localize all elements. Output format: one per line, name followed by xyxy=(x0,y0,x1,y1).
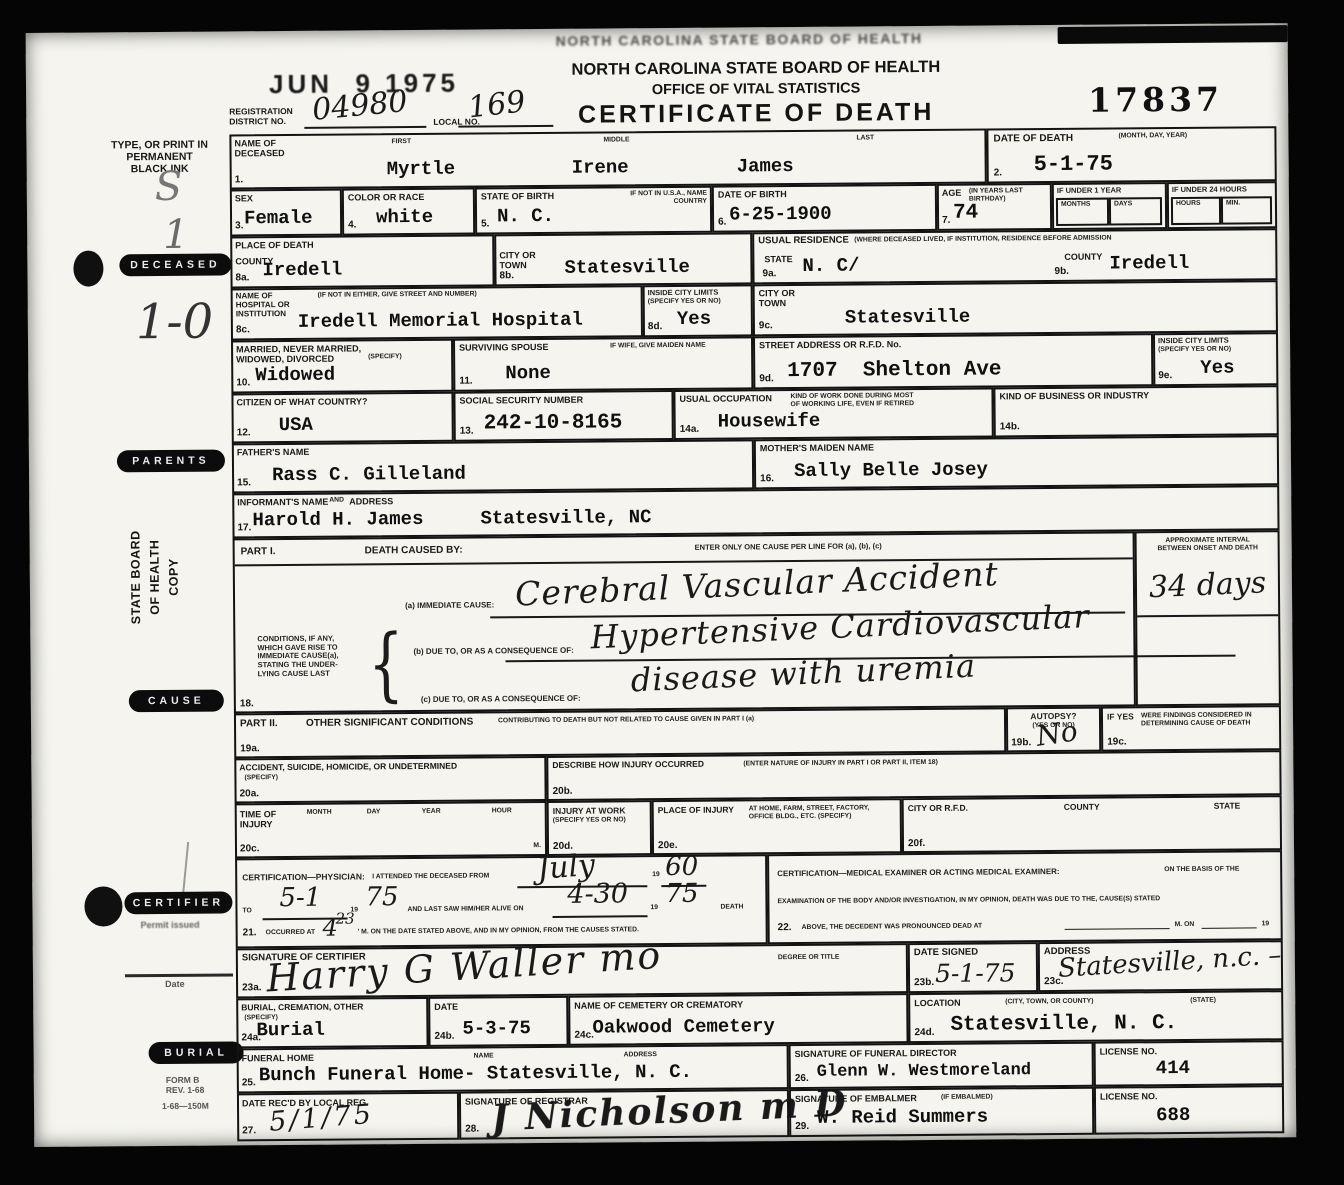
time-label: TIME OF INJURY xyxy=(240,809,277,829)
race-num: 4. xyxy=(348,219,356,230)
sob-sub: IF NOT IN U.S.A., NAME COUNTRY xyxy=(572,190,707,207)
dod-label: DATE OF DEATH xyxy=(993,133,1073,145)
field-certification-physician: CERTIFICATION—PHYSICIAN: I ATTENDED THE … xyxy=(235,854,768,948)
field-usual-residence: USUAL RESIDENCE (WHERE DECEASED LIVED, I… xyxy=(752,228,1277,284)
sex-label: SEX xyxy=(235,193,253,203)
pod-county-value: Iredell xyxy=(262,259,342,282)
field-marital-status: MARRIED, NEVER MARRIED, WIDOWED, DIVORCE… xyxy=(231,339,453,394)
injury-city-num: 20f. xyxy=(908,838,925,849)
industry-label: KIND OF BUSINESS OR INDUSTRY xyxy=(999,390,1149,401)
field-registrar-signature: SIGNATURE OF REGISTRAR 28. J Nicholson m… xyxy=(459,1089,789,1140)
sex-num: 3. xyxy=(235,220,243,231)
u24-min-label: MIN. xyxy=(1226,200,1240,208)
funeral-address-sub: ADDRESS xyxy=(624,1051,657,1059)
sob-num: 5. xyxy=(481,218,489,229)
burial-date-num: 24b. xyxy=(434,1031,454,1042)
field-residence-city-limits: INSIDE CITY LIMITS (SPECIFY YES OR NO) 9… xyxy=(1153,332,1278,386)
due-c-label: (c) DUE TO, OR AS A CONSEQUENCE OF: xyxy=(421,694,581,704)
street-value: 1707 Shelton Ave xyxy=(787,358,1001,383)
funeral-home-label: FUNERAL HOME xyxy=(242,1053,314,1064)
form-code: FORM B REV. 1-68 xyxy=(166,1076,205,1095)
u24-min-box: MIN. xyxy=(1221,196,1272,224)
pron-line1 xyxy=(1065,928,1170,930)
burial-date-value: 5-3-75 xyxy=(462,1017,531,1040)
ssn-num: 13. xyxy=(460,426,474,437)
residence-city-num: 9c. xyxy=(759,320,773,331)
pod-city-value: Statesville xyxy=(564,256,690,279)
phys-t2: AND LAST SAW HIM/HER ALIVE ON xyxy=(407,905,523,914)
recd-value: 5/1/75 xyxy=(268,1099,375,1138)
marital-value: Widowed xyxy=(255,364,335,387)
u24-hours-label: HOURS xyxy=(1176,200,1201,208)
mother-label: MOTHER'S MAIDEN NAME xyxy=(760,442,874,453)
field-cause-of-death: PART I. DEATH CAUSED BY: ENTER ONLY ONE … xyxy=(233,531,1136,713)
residence-state-num: 9a. xyxy=(762,268,776,279)
field-surviving-spouse: SURVIVING SPOUSE IF WIFE, GIVE MAIDEN NA… xyxy=(453,336,753,391)
part2-title: OTHER SIGNIFICANT CONDITIONS xyxy=(306,717,473,730)
residence-state-label: STATE xyxy=(764,254,792,264)
marital-sub: (SPECIFY) xyxy=(368,353,402,361)
field-director-license: LICENSE NO. 414 xyxy=(1094,1040,1284,1086)
informant-and: AND xyxy=(329,497,344,505)
res-limits-sub: (SPECIFY YES OR NO) xyxy=(1158,346,1231,354)
field-part2-conditions: PART II. OTHER SIGNIFICANT CONDITIONS CO… xyxy=(234,707,1006,758)
dob-num: 6. xyxy=(718,217,726,228)
from-year: 60 xyxy=(665,852,698,882)
residence-header: USUAL RESIDENCE xyxy=(758,236,849,247)
burial-type-label: BURIAL, CREMATION, OTHER xyxy=(241,1002,363,1012)
cemetery-num: 24c. xyxy=(574,1030,594,1041)
field-state-of-birth: STATE OF BIRTH IF NOT IN U.S.A., NAME CO… xyxy=(475,186,712,235)
field-date-of-death: DATE OF DEATH (MONTH, DAY, YEAR) 2. 5-1-… xyxy=(986,126,1276,183)
date-signed-num: 23b. xyxy=(914,977,934,988)
occupation-num: 14a. xyxy=(680,424,700,435)
u1y-months-label: MONTHS xyxy=(1061,201,1091,209)
field-citizen: CITIZEN OF WHAT COUNTRY? 12. USA xyxy=(231,392,453,444)
recd-num: 27. xyxy=(242,1125,256,1136)
pron-num: 22. xyxy=(778,922,792,933)
section-tab-cause: CAUSE xyxy=(129,690,224,713)
col-last: LAST xyxy=(856,134,874,142)
cemetery-value: Oakwood Cemetery xyxy=(592,1015,775,1038)
seen-value: 4-30 xyxy=(567,878,628,909)
license-label: LICENSE NO. xyxy=(1100,1046,1158,1057)
place-label: PLACE OF INJURY xyxy=(658,806,734,816)
burial-date-label: DATE xyxy=(434,1002,458,1012)
field-father-name: FATHER'S NAME 15. Rass C. Gilleland xyxy=(232,439,754,493)
ssn-label: SOCIAL SECURITY NUMBER xyxy=(459,395,583,406)
pod-city-num: 8b. xyxy=(499,270,514,281)
residence-city-value: Statesville xyxy=(845,306,971,329)
u1y-days-box: DAYS xyxy=(1109,197,1162,225)
pod-city-label: CITY OR TOWN xyxy=(499,250,536,270)
margin-mark-10: 1-0 xyxy=(136,294,214,351)
u1y-months-box: MONTHS xyxy=(1056,198,1109,226)
pron-line2 xyxy=(1202,927,1257,928)
seen-year: 75 xyxy=(665,879,698,909)
field-if-under-24-hours: IF UNDER 24 HOURS HOURS MIN. xyxy=(1167,181,1277,229)
certifier-num: 23a. xyxy=(242,982,262,993)
field-burial-location: LOCATION (CITY, TOWN, OR COUNTY) (STATE)… xyxy=(908,990,1283,1043)
occ-num: 21. xyxy=(243,927,257,938)
pod-limits-value: Yes xyxy=(677,308,711,330)
age-label: AGE xyxy=(942,188,962,198)
name-num: 1. xyxy=(235,174,243,185)
residence-state-value: N. C/ xyxy=(802,255,859,277)
cemetery-label: NAME OF CEMETERY OR CREMATORY xyxy=(574,999,743,1010)
director-num: 26. xyxy=(795,1073,809,1084)
accident-label: ACCIDENT, SUICIDE, HOMICIDE, OR UNDETERM… xyxy=(239,762,457,773)
interval-value: 34 days xyxy=(1148,565,1267,605)
place-num: 20e. xyxy=(658,840,678,851)
registrar-num: 28. xyxy=(465,1124,479,1135)
funeral-name-sub: NAME xyxy=(474,1052,494,1060)
y19a: 19 xyxy=(652,871,660,879)
findings-sub: WERE FINDINGS CONSIDERED IN DETERMINING … xyxy=(1141,711,1252,727)
age-value: 74 xyxy=(953,202,978,225)
col-first: FIRST xyxy=(391,138,411,146)
interval-label: APPROXIMATE INTERVAL BETWEEN ONSET AND D… xyxy=(1143,536,1273,553)
hospital-num: 8c. xyxy=(236,324,250,335)
work-label: INJURY AT WORK xyxy=(553,806,626,816)
director-label: SIGNATURE OF FUNERAL DIRECTOR xyxy=(795,1048,957,1059)
u1y-days-label: DAYS xyxy=(1114,200,1132,208)
marital-num: 10. xyxy=(236,377,250,388)
scanned-death-certificate: NORTH CAROLINA STATE BOARD OF HEALTH JUN… xyxy=(0,0,1344,1185)
field-sex: SEX 3. Female xyxy=(230,189,342,237)
field-name-of-deceased: NAME OF DECEASED FIRST MIDDLE LAST 1. My… xyxy=(229,129,986,190)
field-burial-date: DATE 24b. 5-3-75 xyxy=(428,996,568,1047)
describe-num: 20b. xyxy=(553,786,573,797)
field-date-signed: DATE SIGNED 23b. 5-1-75 xyxy=(908,942,1038,993)
mother-num: 16. xyxy=(760,473,774,484)
col-middle: MIDDLE xyxy=(603,136,629,144)
director-value: Glenn W. Westmoreland xyxy=(817,1061,1031,1082)
embalmer-license-value: 688 xyxy=(1156,1104,1190,1126)
due-b-label: (b) DUE TO, OR AS A CONSEQUENCE OF: xyxy=(413,646,573,656)
to-year: 75 xyxy=(365,882,398,912)
pron-t3: 19 xyxy=(1262,921,1270,929)
father-label: FATHER'S NAME xyxy=(237,447,310,458)
age-num: 7. xyxy=(942,215,950,226)
ssn-value: 242-10-8165 xyxy=(484,411,623,435)
pron-t2: M. ON xyxy=(1175,921,1195,929)
bleed-black-bar xyxy=(1058,25,1288,44)
address-value: Statesville, n.c. – xyxy=(1057,940,1282,983)
place-sub: AT HOME, FARM, STREET, FACTORY, OFFICE B… xyxy=(749,804,870,821)
findings-num: 19c. xyxy=(1107,736,1127,747)
dob-label: DATE OF BIRTH xyxy=(718,189,787,200)
describe-label: DESCRIBE HOW INJURY OCCURRED xyxy=(552,760,704,771)
spouse-value: None xyxy=(505,362,551,384)
residence-city-label: CITY OR TOWN xyxy=(759,288,796,308)
me-t2: EXAMINATION OF THE BODY AND/OR INVESTIGA… xyxy=(777,895,1160,906)
field-funeral-home: FUNERAL HOME NAME ADDRESS 25. Bunch Fune… xyxy=(237,1044,789,1093)
autopsy-num: 19b. xyxy=(1011,737,1031,748)
field-embalmer-signature: SIGNATURE OF EMBALMER (IF EMBALMED) 29. … xyxy=(789,1087,1094,1137)
marital-label: MARRIED, NEVER MARRIED, WIDOWED, DIVORCE… xyxy=(236,343,361,364)
field-signature-certifier: SIGNATURE OF CERTIFIER DEGREE OR TITLE 2… xyxy=(236,943,908,998)
m-label: M. xyxy=(533,842,541,850)
pron-t1: ABOVE, THE DECEDENT WAS PRONOUNCED DEAD … xyxy=(802,923,983,932)
reg-district-label: REGISTRATION DISTRICT NO. xyxy=(229,107,293,127)
field-pod-city-limits: INSIDE CITY LIMITS (SPECIFY YES OR NO) 8… xyxy=(643,284,753,337)
scan-sheet: NORTH CAROLINA STATE BOARD OF HEALTH JUN… xyxy=(0,0,1344,1185)
pod-header: PLACE OF DEATH xyxy=(235,240,313,251)
director-license-value: 414 xyxy=(1156,1057,1190,1079)
field-time-of-injury: TIME OF INJURY MONTH DAY YEAR HOUR 20c. … xyxy=(235,801,547,858)
location-value: Statesville, N. C. xyxy=(950,1012,1177,1037)
street-label: STREET ADDRESS OR R.F.D. No. xyxy=(759,339,901,350)
part2-sub: CONTRIBUTING TO DEATH BUT NOT RELATED TO… xyxy=(498,715,754,725)
part2-num: 19a. xyxy=(240,743,260,754)
spouse-num: 11. xyxy=(459,376,472,387)
u1y-label: IF UNDER 1 YEAR xyxy=(1057,186,1122,195)
section-tab-burial: BURIAL xyxy=(149,1041,244,1064)
burial-type-value: Burial xyxy=(256,1019,325,1042)
hospital-value: Iredell Memorial Hospital xyxy=(298,309,583,333)
field-street-address: STREET ADDRESS OR R.F.D. No. 9d. 1707 Sh… xyxy=(753,333,1153,389)
certificate-number: 17837 xyxy=(1088,80,1223,120)
field-pod-city: CITY OR TOWN 8b. Statesville xyxy=(494,232,752,286)
field-burial-type: BURIAL, CREMATION, OTHER (SPECIFY) 24a. … xyxy=(236,997,428,1049)
accident-sub: (SPECIFY) xyxy=(244,774,278,782)
embalmer-sub: (IF EMBALMED) xyxy=(941,1093,993,1101)
location-sub1: (CITY, TOWN, OR COUNTY) xyxy=(1005,998,1093,1007)
hospital-label: NAME OF HOSPITAL OR INSTITUTION xyxy=(236,292,290,319)
field-ssn: SOCIAL SECURITY NUMBER 13. 242-10-8165 xyxy=(453,390,673,442)
conditions-brace: { xyxy=(368,617,404,710)
dod-num: 2. xyxy=(994,167,1002,178)
field-age: AGE (IN YEARS LAST BIRTHDAY) 7. 74 xyxy=(937,183,1052,231)
embalmer-value: W. Reid Summers xyxy=(817,1106,988,1129)
part1-label: PART I. xyxy=(241,546,276,557)
name-label: NAME OF DECEASED xyxy=(234,138,284,159)
father-num: 15. xyxy=(237,477,251,488)
res-limits-label: INSIDE CITY LIMITS xyxy=(1158,337,1229,346)
margin-mark-1: 1 xyxy=(163,212,189,258)
funeral-home-num: 25. xyxy=(242,1077,256,1088)
father-value: Rass C. Gilleland xyxy=(272,463,466,487)
citizen-label: CITIZEN OF WHAT COUNTRY? xyxy=(236,396,367,407)
due-c-value: disease with uremia xyxy=(630,647,977,700)
dod-value: 5-1-75 xyxy=(1034,152,1113,178)
section-tab-deceased: DECEASED xyxy=(119,253,231,276)
location-label: LOCATION xyxy=(914,998,960,1008)
field-autopsy: AUTOPSY? (YES OR NO) 19b. No xyxy=(1006,707,1101,753)
informant-value: Harold H. James Statesville, NC xyxy=(252,506,651,531)
spouse-label: SURVIVING SPOUSE xyxy=(459,342,548,353)
work-sub: (SPECIFY YES OR NO) xyxy=(553,816,626,824)
day-label: DAY xyxy=(367,808,381,816)
race-label: COLOR OR RACE xyxy=(348,192,425,203)
autopsy-value: No xyxy=(1034,714,1080,753)
date-signed-label: DATE SIGNED xyxy=(914,948,978,959)
year-label: YEAR xyxy=(422,808,441,816)
field-accident-type: ACCIDENT, SUICIDE, HOMICIDE, OR UNDETERM… xyxy=(234,756,546,803)
field-if-under-1-year: IF UNDER 1 YEAR MONTHS DAYS xyxy=(1052,182,1167,230)
immediate-cause-label: (a) IMMEDIATE CAUSE: xyxy=(405,600,494,610)
field-interval: APPROXIMATE INTERVAL BETWEEN ONSET AND D… xyxy=(1135,530,1281,706)
permit-issued-label: Permit issued xyxy=(141,920,200,930)
citizen-value: USA xyxy=(279,414,313,436)
field-residence-city: CITY OR TOWN 9c. Statesville xyxy=(753,280,1278,336)
field-date-of-birth: DATE OF BIRTH 6. 6-25-1900 xyxy=(712,184,937,233)
residence-county-value: Iredell xyxy=(1109,252,1189,275)
field-place-of-injury: PLACE OF INJURY AT HOME, FARM, STREET, F… xyxy=(652,798,902,855)
caused-by-label: DEATH CAUSED BY: xyxy=(365,545,463,557)
location-num: 24d. xyxy=(914,1027,934,1038)
residence-header-sub: (WHERE DECEASED LIVED, IF INSTITUTION, R… xyxy=(854,235,1111,245)
injury-city-label: CITY OR R.F.D. xyxy=(908,804,968,814)
pod-limits-num: 8d. xyxy=(648,321,663,332)
death-word: DEATH xyxy=(720,903,743,911)
hole-punch-top xyxy=(73,250,103,286)
u24-hours-box: HOURS xyxy=(1171,197,1221,225)
informant-address-label: ADDRESS xyxy=(349,496,393,506)
u24-label: IF UNDER 24 HOURS xyxy=(1172,185,1247,194)
to-label: TO xyxy=(242,907,251,915)
pod-limits-sub: (SPECIFY YES OR NO) xyxy=(648,298,721,306)
field-certifier-address: ADDRESS 23c. Statesville, n.c. – xyxy=(1038,940,1283,992)
spouse-sub: IF WIFE, GIVE MAIDEN NAME xyxy=(610,342,706,351)
funeral-home-value: Bunch Funeral Home- Statesville, N. C. xyxy=(259,1061,692,1086)
license2-label: LICENSE NO. xyxy=(1100,1091,1158,1102)
citizen-num: 12. xyxy=(237,427,251,438)
occ-time-sup: 23 xyxy=(335,910,354,928)
mother-value: Sally Belle Josey xyxy=(794,459,988,483)
seen-line xyxy=(553,915,648,918)
section-tab-certifier: CERTIFIER xyxy=(124,891,232,914)
sob-value: N. C. xyxy=(497,205,554,227)
street-num: 9d. xyxy=(759,373,774,384)
res-limits-value: Yes xyxy=(1200,357,1234,379)
conditions-note: CONDITIONS, IF ANY, WHICH GAVE RISE TO I… xyxy=(257,635,338,679)
date-signed-value: 5-1-75 xyxy=(935,958,1016,988)
embalmer-label: SIGNATURE OF EMBALMER xyxy=(795,1093,917,1104)
me-title: CERTIFICATION—MEDICAL EXAMINER OR ACTING… xyxy=(777,867,1059,878)
cause-num: 18. xyxy=(240,698,254,709)
occupation-sub: KIND OF WORK DONE DURING MOST OF WORKING… xyxy=(790,392,914,409)
occupation-label: USUAL OCCUPATION xyxy=(679,393,772,404)
field-occupation: USUAL OCCUPATION KIND OF WORK DONE DURIN… xyxy=(673,387,993,440)
hospital-sub: (IF NOT IN EITHER, GIVE STREET AND NUMBE… xyxy=(318,291,477,300)
sob-label: STATE OF BIRTH xyxy=(481,191,554,202)
print-run: 1-68—150M xyxy=(162,1102,209,1112)
industry-num: 14b. xyxy=(1000,421,1020,432)
name-first: Myrtle xyxy=(387,158,456,181)
accident-num: 20a. xyxy=(240,788,260,799)
location-sub2: (STATE) xyxy=(1190,997,1216,1005)
field-date-received: DATE REC'D BY LOCAL REG. 27. 5/1/75 xyxy=(237,1092,459,1142)
hour-label: HOUR xyxy=(492,807,512,815)
sex-value: Female xyxy=(244,207,313,230)
informant-label: INFORMANT'S NAME xyxy=(237,497,328,508)
occupation-value: Housewife xyxy=(718,410,821,433)
header-board: NORTH CAROLINA STATE BOARD OF HEALTH xyxy=(496,57,1016,80)
findings-label: IF YES xyxy=(1107,712,1134,722)
name-last: James xyxy=(737,155,794,177)
margin-mark-s: S xyxy=(155,164,183,210)
phys-t1: I ATTENDED THE DECEASED FROM xyxy=(372,872,489,881)
to-value: 5-1 xyxy=(279,883,321,913)
field-injury-city: CITY OR R.F.D. COUNTY STATE 20f. xyxy=(902,795,1282,853)
name-middle: Irene xyxy=(572,156,629,178)
degree-label: DEGREE OR TITLE xyxy=(778,954,840,962)
residence-county-label: COUNTY xyxy=(1064,252,1102,262)
document-title: CERTIFICATE OF DEATH xyxy=(476,97,1036,130)
injury-county-label: COUNTY xyxy=(1064,803,1100,813)
month-label: MONTH xyxy=(307,809,332,817)
field-autopsy-findings: IF YES WERE FINDINGS CONSIDERED IN DETER… xyxy=(1101,705,1281,751)
me-t1: ON THE BASIS OF THE xyxy=(1164,866,1239,874)
y19c: 19 xyxy=(650,904,658,912)
field-mother-name: MOTHER'S MAIDEN NAME 16. Sally Belle Jos… xyxy=(754,435,1279,489)
pod-limits-label: INSIDE CITY LIMITS xyxy=(648,289,719,298)
field-color-or-race: COLOR OR RACE 4. white xyxy=(342,188,475,236)
dob-value: 6-25-1900 xyxy=(729,203,832,226)
field-pod-county: PLACE OF DEATH COUNTY 8a. Iredell xyxy=(230,234,494,288)
copy-label: STATE BOARD OF HEALTH COPY xyxy=(126,512,183,642)
interval-line xyxy=(1137,614,1278,617)
field-cemetery: NAME OF CEMETERY OR CREMATORY 24c. Oakwo… xyxy=(568,993,908,1046)
injury-state-label: STATE xyxy=(1214,802,1241,812)
margin-date-label: Date xyxy=(165,979,185,989)
field-industry: KIND OF BUSINESS OR INDUSTRY 14b. xyxy=(993,385,1278,437)
occ-t2: ' M. ON THE DATE STATED ABOVE, AND IN MY… xyxy=(358,926,639,936)
occ-t1: OCCURRED AT xyxy=(266,929,316,937)
time-num: 20c. xyxy=(240,843,260,854)
residence-county-num: 9b. xyxy=(1054,266,1069,277)
hole-punch-bottom xyxy=(84,886,122,926)
field-injury-at-work: INJURY AT WORK (SPECIFY YES OR NO) 20d. xyxy=(547,800,652,856)
describe-sub: (ENTER NATURE OF INJURY IN PART I OR PAR… xyxy=(743,759,938,768)
race-value: white xyxy=(376,206,433,228)
field-embalmer-license: LICENSE NO. 688 xyxy=(1094,1085,1284,1134)
dod-sub: (MONTH, DAY, YEAR) xyxy=(1118,132,1187,140)
informant-num: 17. xyxy=(237,522,251,533)
pod-county-num: 8a. xyxy=(235,272,249,283)
section-tab-parents: PARENTS xyxy=(117,450,225,473)
cause-instruction: ENTER ONLY ONE CAUSE PER LINE FOR (a), (… xyxy=(695,542,882,552)
field-hospital: NAME OF HOSPITAL OR INSTITUTION (IF NOT … xyxy=(231,285,643,340)
field-describe-injury: DESCRIBE HOW INJURY OCCURRED (ENTER NATU… xyxy=(546,750,1281,801)
phys-title: CERTIFICATION—PHYSICIAN: xyxy=(242,872,365,883)
part2-label: PART II. xyxy=(240,718,278,729)
field-certification-examiner: CERTIFICATION—MEDICAL EXAMINER OR ACTING… xyxy=(767,850,1283,944)
embalmer-num: 29. xyxy=(795,1121,809,1132)
res-limits-num: 9e. xyxy=(1158,370,1172,381)
